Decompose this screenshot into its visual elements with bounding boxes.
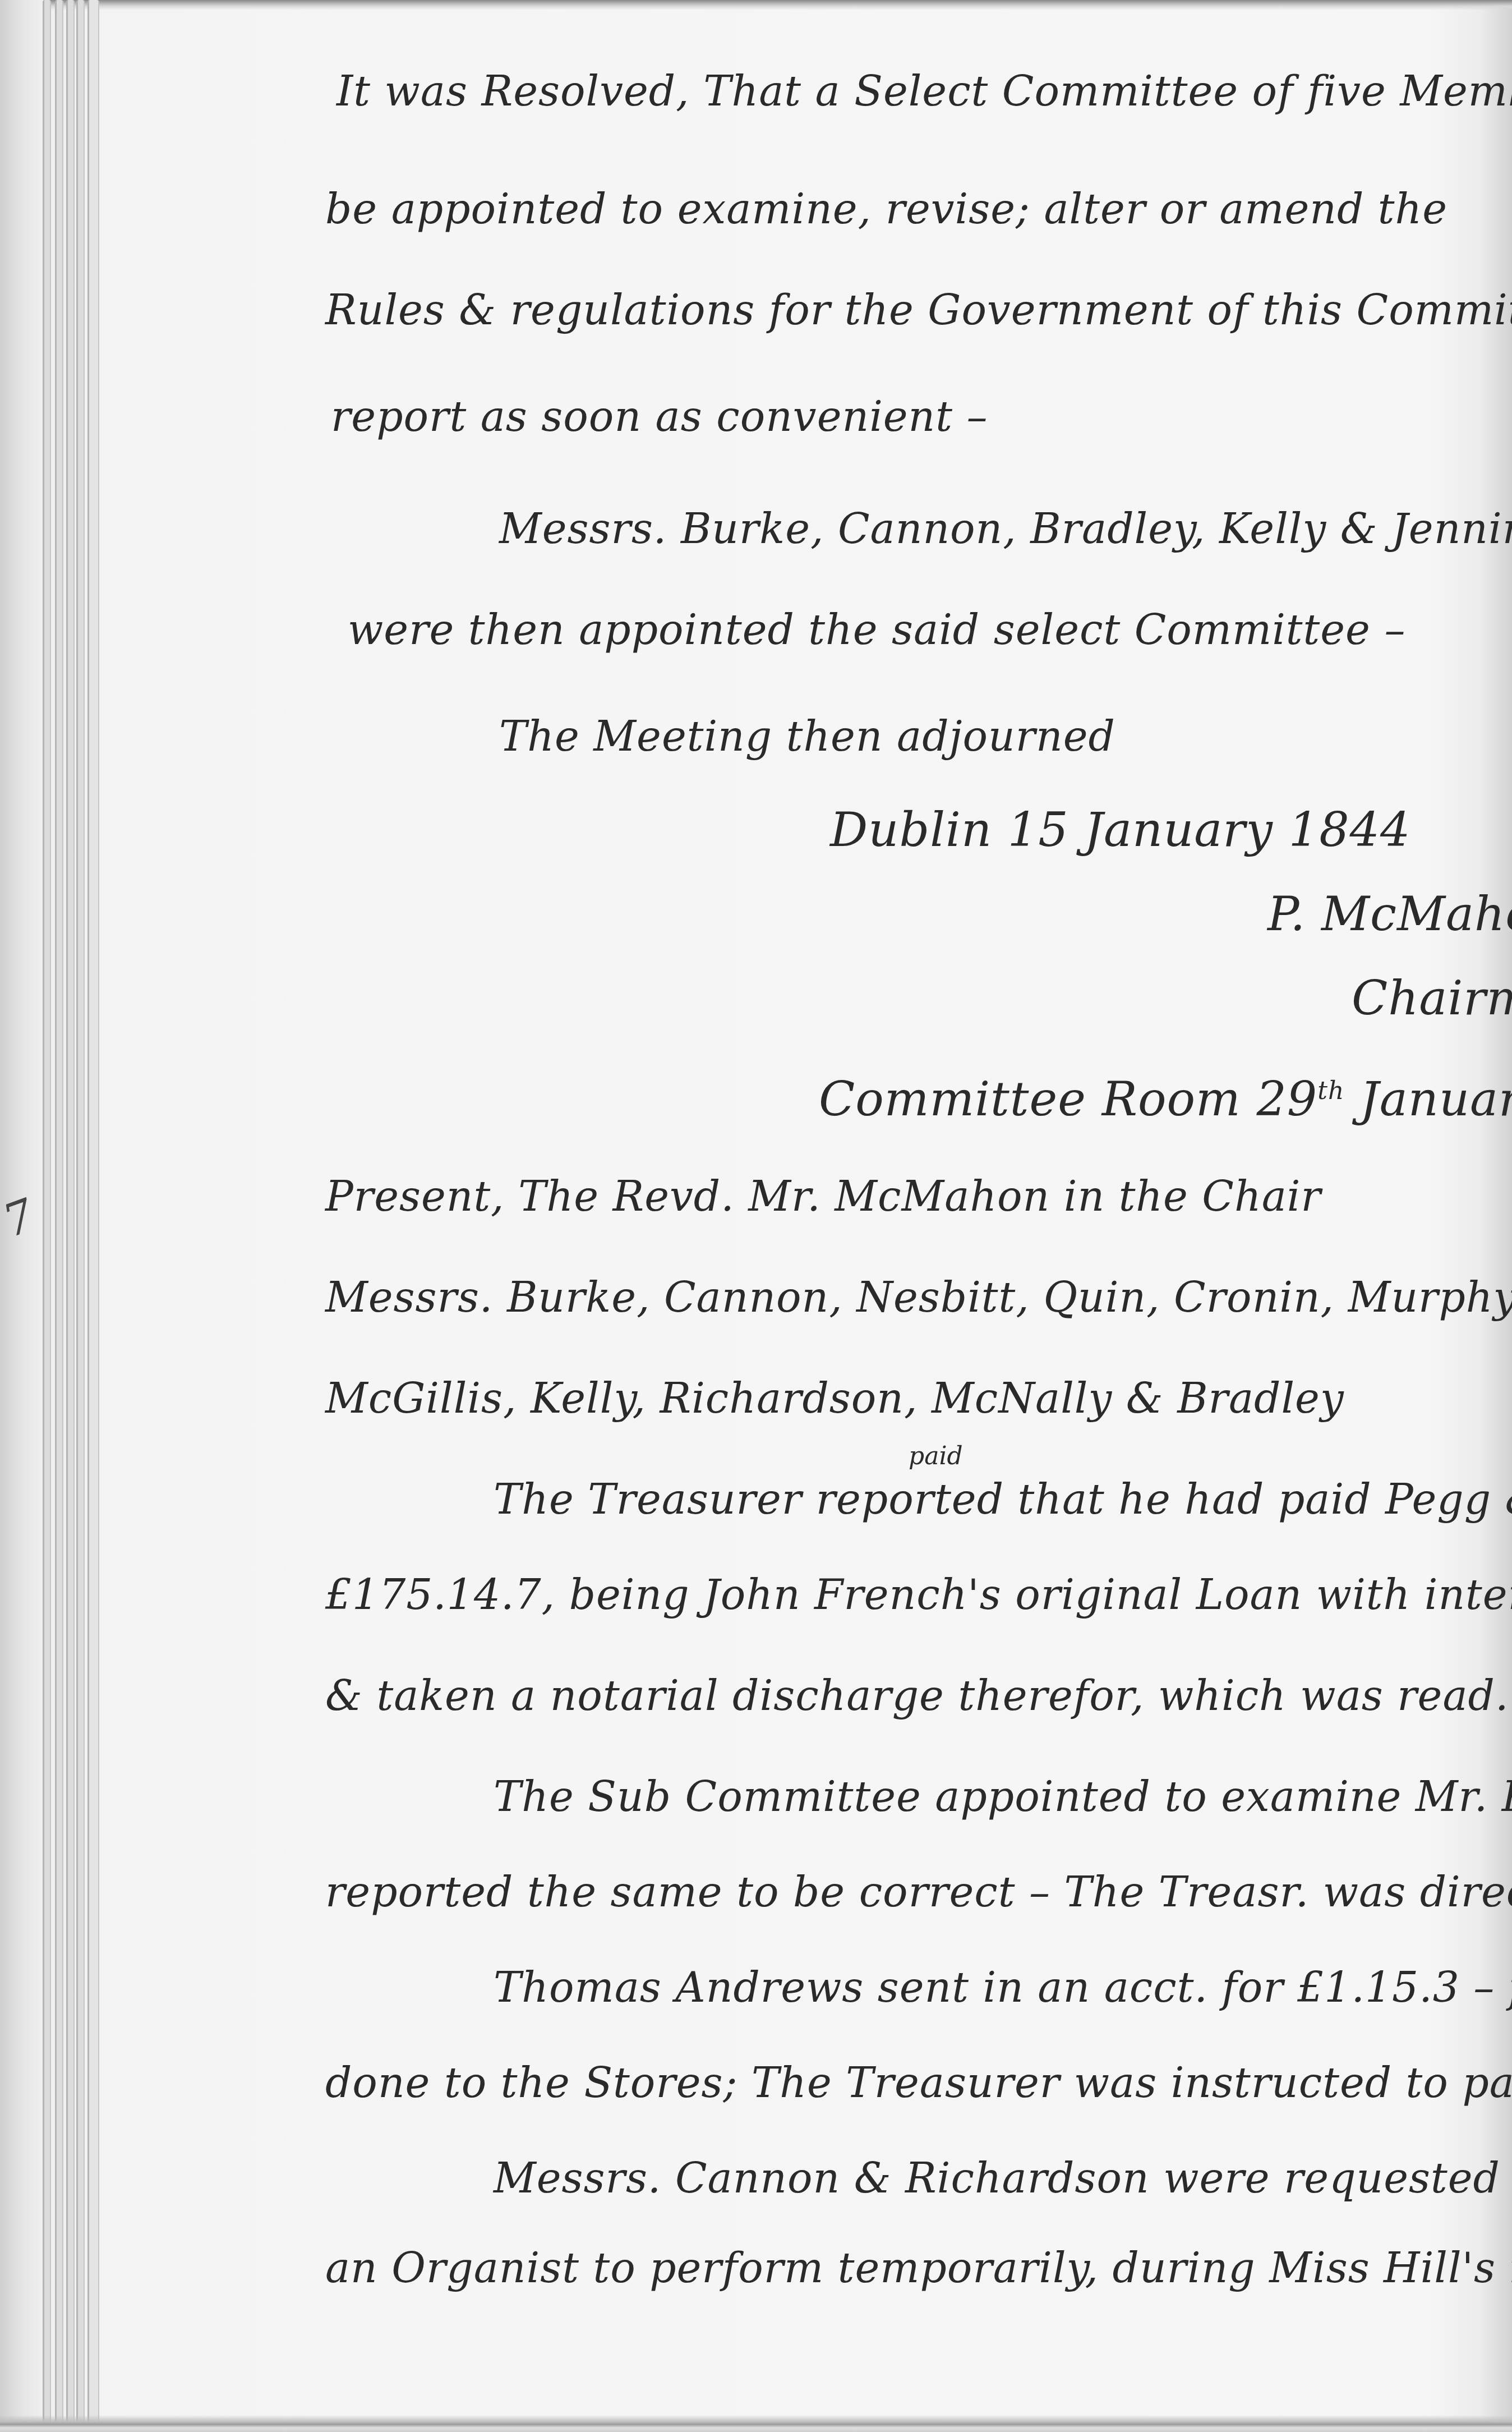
attendees-line-2: McGillis, Kelly, Richardson, McNally & B… — [325, 1374, 1344, 1423]
resolution-line-4: report as soon as convenient – — [331, 393, 988, 441]
dated-line-1: Dublin 15 January 1844 — [830, 802, 1410, 857]
signature-1: P. McMahon — [1267, 886, 1512, 941]
interlinear-insert: paid — [909, 1442, 963, 1470]
para2-line-2: reported the same to be correct – The Tr… — [325, 1868, 1512, 1916]
attendees-line-1: Messrs. Burke, Cannon, Nesbitt, Quin, Cr… — [325, 1274, 1512, 1322]
heading-day: 29 — [1256, 1072, 1317, 1127]
para2-line-1: The Sub Committee appointed to examine M… — [494, 1773, 1512, 1821]
signature-title-1: Chairman — [1352, 971, 1512, 1026]
manuscript-page: 7 It was Resolved, That a Select Committ… — [0, 0, 1512, 2432]
para1-line-2: £175.14.7, being John French's original … — [325, 1571, 1512, 1619]
para1-line-1: The Treasurer reported that he had paid … — [494, 1475, 1512, 1524]
resolution-line-2: be appointed to examine, revise; alter o… — [325, 185, 1448, 233]
present-line: Present, The Revd. Mr. McMahon in the Ch… — [325, 1173, 1321, 1221]
heading-month-year: January 1844 — [1360, 1072, 1512, 1127]
resolution-line-3: Rules & regulations for the Government o… — [325, 286, 1512, 334]
page-stack-edges — [40, 0, 108, 2432]
para1-line-3: & taken a notarial discharge therefor, w… — [325, 1672, 1509, 1720]
handwritten-text: It was Resolved, That a Select Committee… — [314, 0, 1512, 2432]
margin-note: 7 — [0, 1189, 41, 1248]
para4-line-1: Messrs. Cannon & Richardson were request… — [494, 2154, 1512, 2203]
para3-line-1: Thomas Andrews sent in an acct. for £1.1… — [494, 1964, 1512, 2012]
adjourned-line: The Meeting then adjourned — [499, 712, 1115, 761]
resolution-line-6: were then appointed the said select Comm… — [348, 606, 1405, 654]
heading-place: Committee Room — [819, 1072, 1241, 1127]
resolution-line-5: Messrs. Burke, Cannon, Bradley, Kelly & … — [499, 505, 1512, 553]
para4-line-2: an Organist to perform temporarily, duri… — [325, 2244, 1512, 2292]
meeting-heading: Committee Room 29th January 1844 — [819, 1072, 1512, 1127]
heading-day-suffix: th — [1317, 1077, 1344, 1105]
resolution-line-1: It was Resolved, That a Select Committee… — [336, 67, 1512, 116]
para3-line-2: done to the Stores; The Treasurer was in… — [325, 2059, 1512, 2107]
